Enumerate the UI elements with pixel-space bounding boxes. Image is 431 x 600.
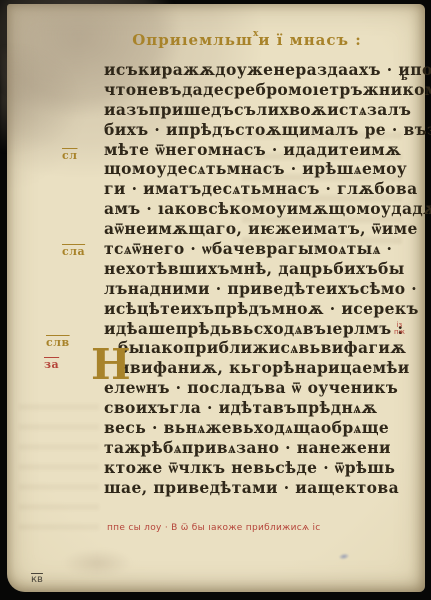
text-line: ивифаниѫ, кьгорѣнарицаемѣи [104, 358, 414, 378]
text-line: мѣте ѿнегомнасъ · идадитеимѫ [104, 140, 414, 160]
text-line: ги · иматъдесѧтьмнасъ · глѫбова [104, 179, 414, 199]
text-line: тсѧѿнего · ѡбачеврагымоѧтыѧ · [104, 239, 414, 259]
margin-note-slv: слв [46, 336, 70, 349]
margin-note-sl: сл [62, 149, 77, 162]
text-line: быıакоприближисѧвьвифагиѫ [104, 338, 414, 358]
text-line: ктоже ѿчлкъ невьсѣде · ѿрѣшь [104, 458, 414, 478]
manuscript-photo: Оприıемльшхи ї мнасъ : ъ исъкиражѫдоужен… [0, 0, 431, 600]
quire-signature: кв [31, 574, 43, 585]
text-line: аѿнеимѫщаго, иѥжеиматъ, ѿиме [104, 219, 414, 239]
chapter-heading-tail: и ї мнасъ : [258, 31, 361, 49]
chapter-heading-text: Оприıемльш [132, 31, 253, 49]
rubric-liturgical-note: ппе сы лоу · В ѿ бы ıакоже приближисѧ іс [107, 523, 347, 533]
margin-note-pzh: пж [394, 329, 405, 336]
smudge-bottom [62, 549, 132, 577]
text-line: елеѡнъ · посладъва ѿ оученикъ [104, 378, 414, 398]
margin-note-sla: сла [62, 245, 85, 258]
margin-note-za: за [44, 358, 59, 371]
text-line: щомоудесѧтьмнасъ · ирѣшѧемоу [104, 159, 414, 179]
illuminated-initial: Н [91, 344, 131, 386]
text-line: иазъпришедъсълихвоѫистѧзалъ [104, 100, 414, 120]
margin-note-lection: із пж [394, 322, 405, 336]
text-line: своихъгла · идѣтавъпрѣднѧѫ [104, 398, 414, 418]
text-line: исъкиражѫдоуженераздаахъ · ипо [104, 60, 414, 80]
text-line: бихъ · ипрѣдъстоѫщималъ ре · възь [104, 120, 414, 140]
text-line: тажрѣбѧпривѧзано · нанежени [104, 438, 414, 458]
main-text-block: исъкиражѫдоуженераздаахъ · ипо чтоневъда… [104, 60, 414, 498]
text-line: исѣцѣтеихъпрѣдъмноѫ · исерекъ [104, 299, 414, 319]
ink-bleedthrough-bottom-left [19, 404, 99, 544]
text-line: амъ · ıаковсѣкомоуимѫщомоудадѫ: [104, 199, 414, 219]
chapter-heading: Оприıемльшхи ї мнасъ : [97, 29, 397, 49]
text-line: шае, приведѣтами · иащектова [104, 478, 414, 498]
text-line: чтоневъдадесребромоıетръжником· [104, 80, 414, 100]
text-line: весь · вьнѧжевьходѧщаобрѧще [104, 418, 414, 438]
text-line: нехотѣвшихъмнѣ, дацрьбихъбы [104, 259, 414, 279]
text-line: идѣашепрѣдьвьсходѧвъıерлмъ : [104, 319, 414, 339]
text-line: лънадними · приведѣтеихъсѣмо · [104, 279, 414, 299]
blue-ink-mark [337, 552, 350, 561]
stain-left-edge [0, 44, 79, 154]
parchment-page: Оприıемльшхи ї мнасъ : ъ исъкиражѫдоужен… [7, 4, 425, 592]
